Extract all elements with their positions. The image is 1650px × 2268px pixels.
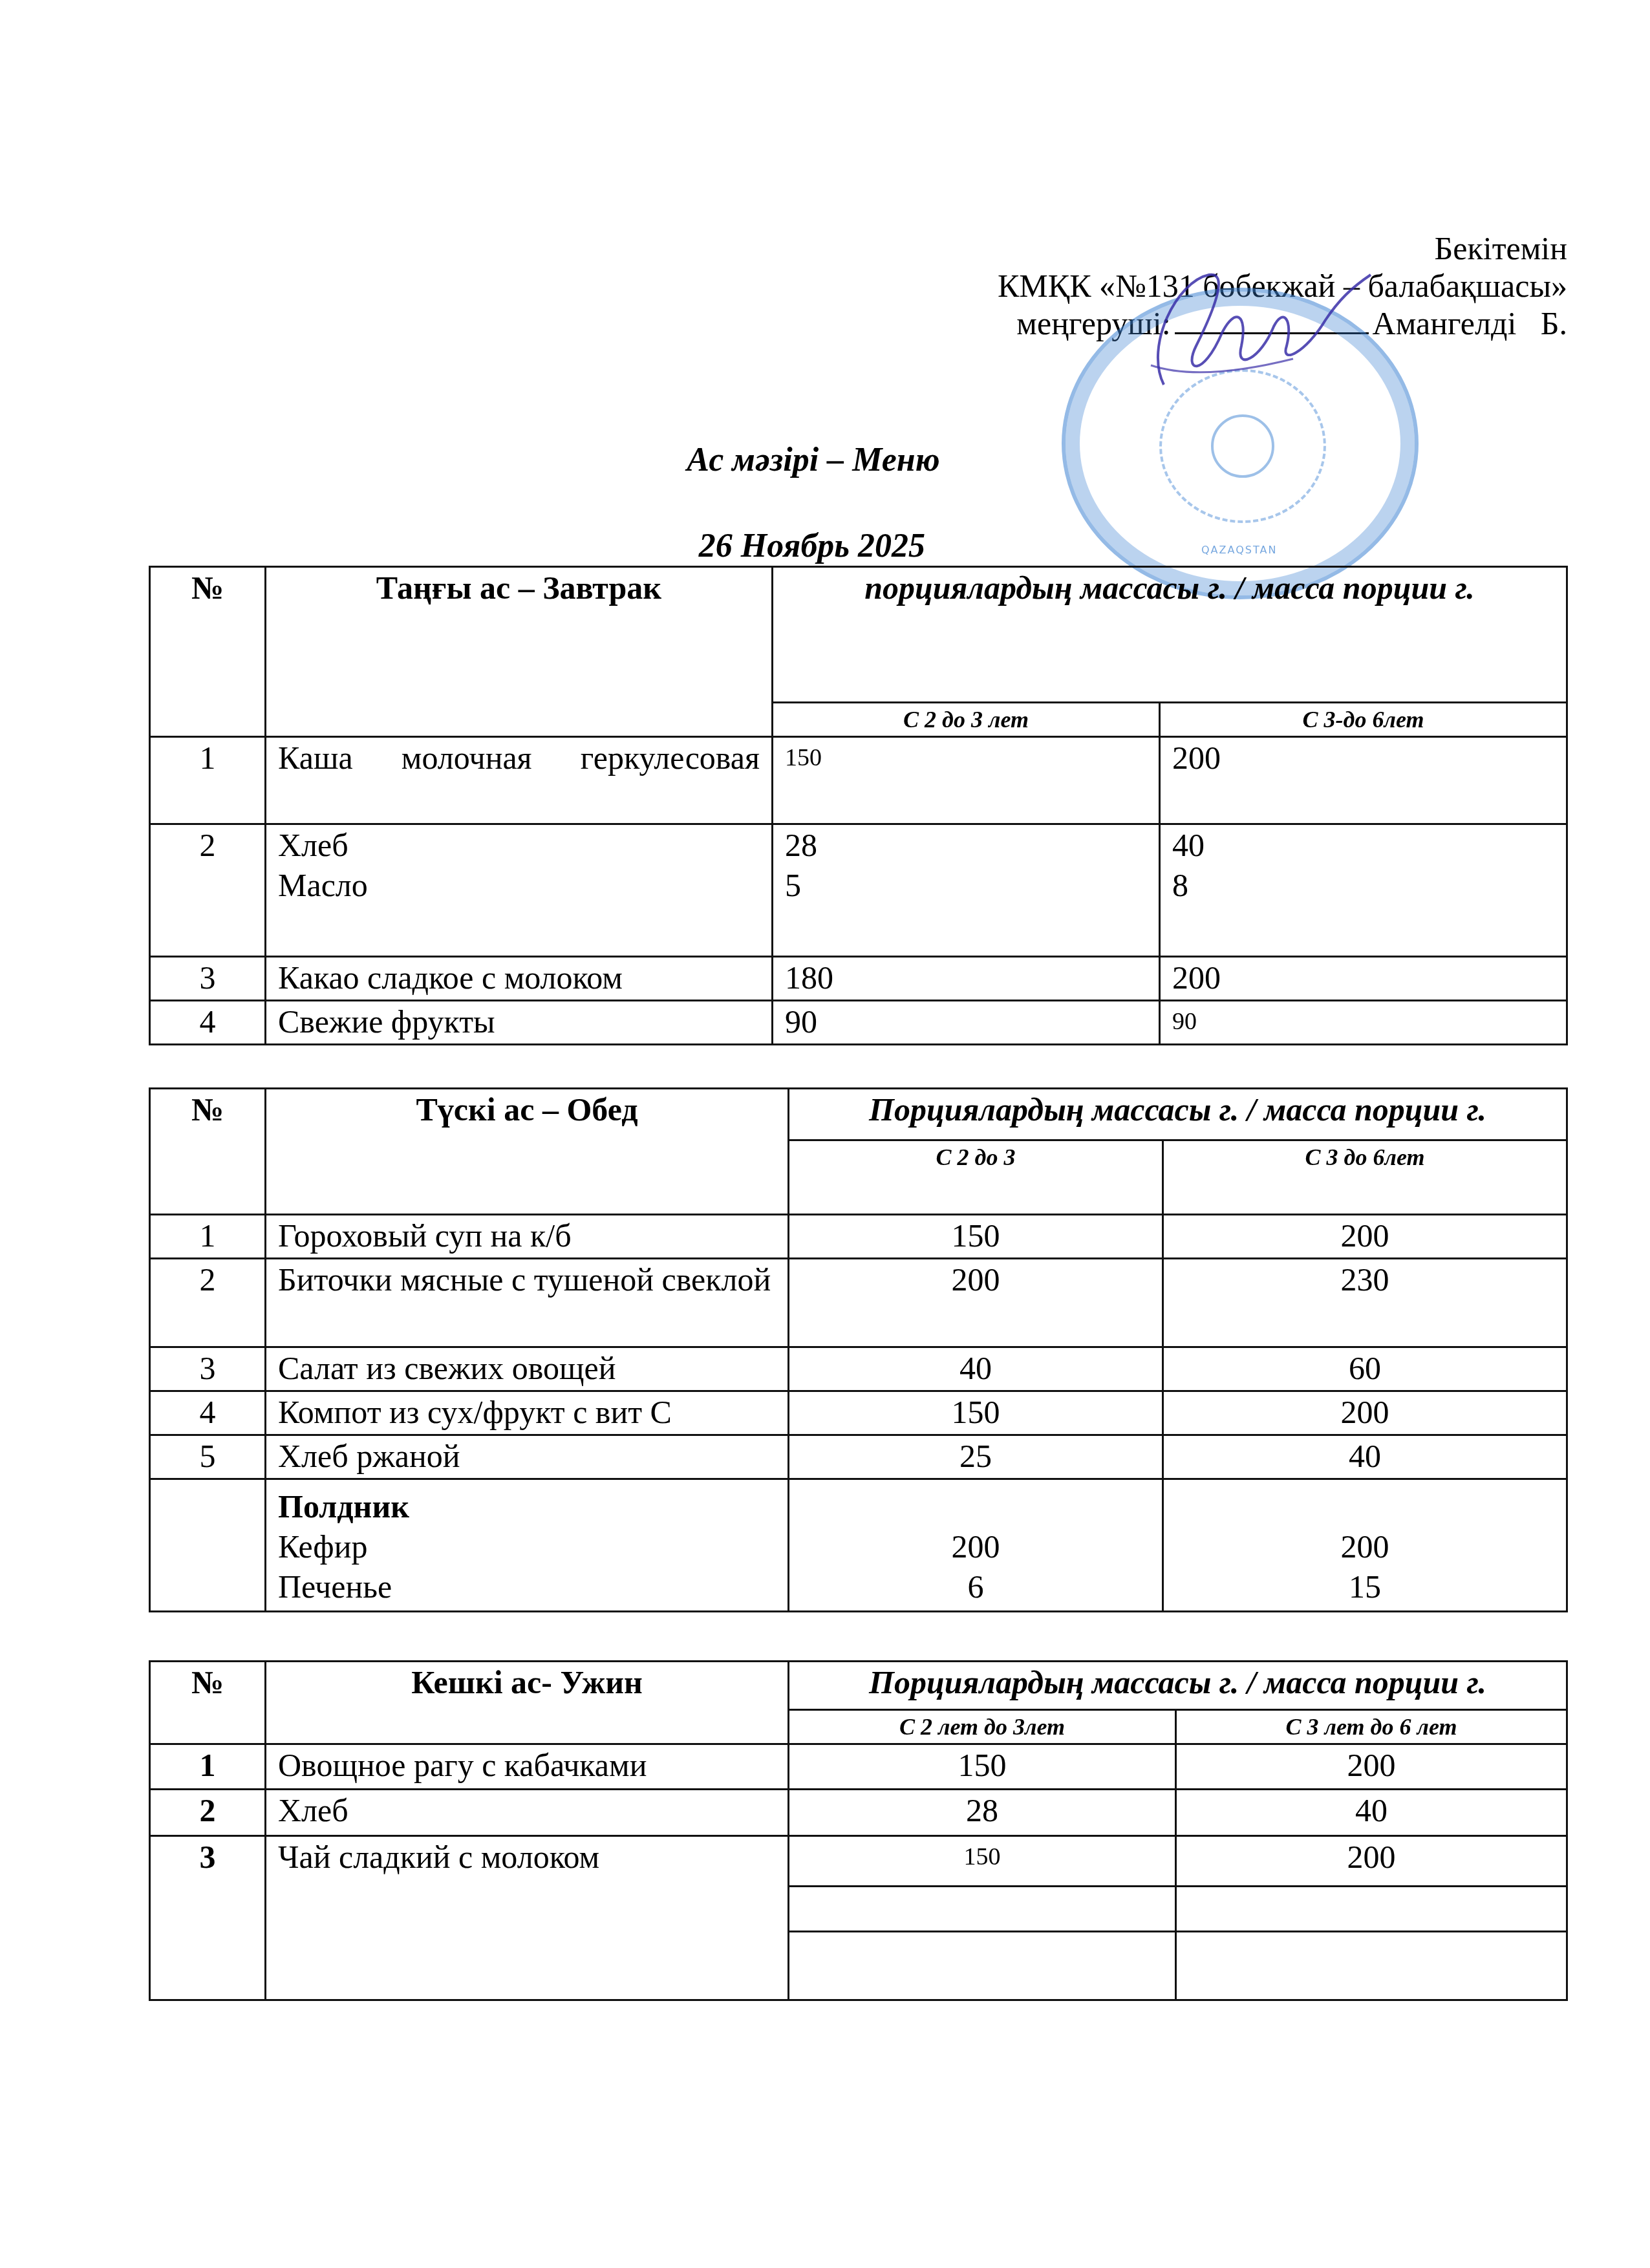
portion-cookies: 6 (801, 1567, 1150, 1607)
table-row: 4 Свежие фрукты 90 90 (150, 1001, 1567, 1045)
portion-2-3: 150 (789, 1391, 1163, 1435)
table-row: 2 ХлебМасло 285 408 (150, 824, 1567, 957)
dish-name: Хлеб ржаной (266, 1435, 789, 1479)
portion-2-3: 150 (789, 1744, 1176, 1790)
portion-2-3: 40 (789, 1347, 1163, 1391)
dish-name: Печенье (278, 1567, 776, 1607)
portion-3-6: 200 (1160, 737, 1567, 824)
portion-2-3: 200 6 (789, 1479, 1163, 1612)
row-number: 1 (150, 1215, 266, 1259)
portion-kefir: 200 (801, 1526, 1150, 1567)
dish-name: Овощное рагу с кабачками (266, 1744, 789, 1790)
approval-heading: Бекітемін (998, 230, 1567, 267)
portion-2-3: 180 (773, 957, 1160, 1001)
table-row: 4 Компот из сух/фрукт с вит С 150 200 (150, 1391, 1567, 1435)
lunch-table: № Түскі ас – Обед Порциялардың массасы г… (149, 1087, 1568, 1612)
row-number: 5 (150, 1435, 266, 1479)
table-header-row: № Түскі ас – Обед Порциялардың массасы г… (150, 1089, 1567, 1140)
row-number: 4 (150, 1001, 266, 1045)
portion-butter: 5 (785, 865, 1147, 905)
dish-butter: Масло (278, 865, 760, 905)
row-number: 3 (150, 957, 266, 1001)
portion-2-3: 200 (789, 1259, 1163, 1347)
portion-2-3: 28 (789, 1790, 1176, 1836)
portion-3-6: 40 (1176, 1790, 1567, 1836)
row-number: 2 (150, 1259, 266, 1347)
snack-title: Полдник (278, 1486, 776, 1526)
portion-butter: 8 (1172, 865, 1554, 905)
dish-name: Чай сладкий с молоком (266, 1836, 789, 2000)
dish-name: Салат из свежих овощей (266, 1347, 789, 1391)
table-row: 2 Биточки мясные с тушеной свеклой 200 2… (150, 1259, 1567, 1347)
age-group-2: С 3 лет до 6 лет (1176, 1710, 1567, 1744)
document-title: Ас мәзірі – Меню (0, 441, 1638, 479)
row-number: 2 (150, 824, 266, 957)
portion-3-6: 60 (1163, 1347, 1567, 1391)
portion-2-3: 90 (773, 1001, 1160, 1045)
row-number (150, 1479, 266, 1612)
signature-line (1175, 306, 1369, 334)
portion-2-3: 150 (789, 1836, 1176, 1887)
dish-name: ХлебМасло (266, 824, 773, 957)
portion-header: порциялардың массасы г. / масса порции г… (773, 567, 1567, 703)
empty-cell (789, 1932, 1176, 2000)
portion-3-6: 40 (1163, 1435, 1567, 1479)
director-line: меңгеруші:Амангелді Б. (998, 305, 1567, 342)
portion-3-6: 200 (1176, 1744, 1567, 1790)
portion-header: Порциялардың массасы г. / масса порции г… (789, 1089, 1567, 1140)
dish-name: Гороховый суп на к/б (266, 1215, 789, 1259)
table-row: 1 Каша молочная геркулесовая 150 200 (150, 737, 1567, 824)
row-number: 2 (150, 1790, 266, 1836)
row-number: 4 (150, 1391, 266, 1435)
portion-cookies: 15 (1175, 1567, 1554, 1607)
portion-bread: 40 (1172, 825, 1554, 865)
age-group-1: С 2 до 3 (789, 1140, 1163, 1215)
portion-3-6: 230 (1163, 1259, 1567, 1347)
snack-row: Полдник Кефир Печенье 200 6 200 15 (150, 1479, 1567, 1612)
row-number: 1 (150, 737, 266, 824)
meal-title: Түскі ас – Обед (266, 1089, 789, 1215)
meal-title: Кешкі ас- Ужин (266, 1662, 789, 1744)
portion-2-3: 150 (773, 737, 1160, 824)
portion-3-6: 200 (1160, 957, 1567, 1001)
num-header: № (150, 567, 266, 737)
table-row: 1 Овощное рагу с кабачками 150 200 (150, 1744, 1567, 1790)
portion-3-6: 200 (1163, 1391, 1567, 1435)
director-label: меңгеруші: (1016, 305, 1170, 341)
dish-name: Хлеб (266, 1790, 789, 1836)
portion-3-6: 408 (1160, 824, 1567, 957)
breakfast-table: № Таңғы ас – Завтрак порциялардың массас… (149, 566, 1568, 1045)
age-group-1: С 2 лет до 3лет (789, 1710, 1176, 1744)
dish-name: Кефир (278, 1526, 776, 1567)
row-number: 1 (150, 1744, 266, 1790)
portion-kefir: 200 (1175, 1526, 1554, 1567)
dish-name: Компот из сух/фрукт с вит С (266, 1391, 789, 1435)
empty-cell (1176, 1932, 1567, 2000)
portion-header: Порциялардың массасы г. / масса порции г… (789, 1662, 1567, 1710)
table-row: 3 Какао сладкое с молоком 180 200 (150, 957, 1567, 1001)
empty-cell (1176, 1887, 1567, 1932)
dish-name: Биточки мясные с тушеной свеклой (266, 1259, 789, 1347)
table-row: 2 Хлеб 28 40 (150, 1790, 1567, 1836)
institution-name: КМҚК «№131 бөбекжай – балабақшасы» (998, 267, 1567, 305)
portion-3-6: 90 (1160, 1001, 1567, 1045)
dish-name: Какао сладкое с молоком (266, 957, 773, 1001)
table-row: 3 Салат из свежих овощей 40 60 (150, 1347, 1567, 1391)
approval-block: Бекітемін КМҚК «№131 бөбекжай – балабақш… (998, 230, 1567, 342)
age-group-2: С 3 до 6лет (1163, 1140, 1567, 1215)
dish-name: Каша молочная геркулесовая (266, 737, 773, 824)
portion-3-6: 200 (1176, 1836, 1567, 1887)
dish-bread: Хлеб (278, 825, 760, 865)
num-header: № (150, 1662, 266, 1744)
portion-2-3: 150 (789, 1215, 1163, 1259)
num-header: № (150, 1089, 266, 1215)
row-number: 3 (150, 1347, 266, 1391)
portion-2-3: 285 (773, 824, 1160, 957)
table-header-row: № Кешкі ас- Ужин Порциялардың массасы г.… (150, 1662, 1567, 1710)
portion-3-6: 200 15 (1163, 1479, 1567, 1612)
age-group-1: С 2 до 3 лет (773, 703, 1160, 737)
age-group-2: С 3-до 6лет (1160, 703, 1567, 737)
row-number: 3 (150, 1836, 266, 2000)
empty-cell (789, 1887, 1176, 1932)
dinner-table: № Кешкі ас- Ужин Порциялардың массасы г.… (149, 1660, 1568, 2001)
portion-3-6: 200 (1163, 1215, 1567, 1259)
portion-bread: 28 (785, 825, 1147, 865)
director-name: Амангелді Б. (1373, 305, 1567, 341)
dish-name: Свежие фрукты (266, 1001, 773, 1045)
portion-2-3: 25 (789, 1435, 1163, 1479)
table-header-row: № Таңғы ас – Завтрак порциялардың массас… (150, 567, 1567, 703)
snack-items: Полдник Кефир Печенье (266, 1479, 789, 1612)
document-date: 26 Ноябрь 2025 (0, 527, 1637, 565)
table-row: 1 Гороховый суп на к/б 150 200 (150, 1215, 1567, 1259)
table-row: 3 Чай сладкий с молоком 150 200 (150, 1836, 1567, 1887)
meal-title: Таңғы ас – Завтрак (266, 567, 773, 737)
table-row: 5 Хлеб ржаной 25 40 (150, 1435, 1567, 1479)
